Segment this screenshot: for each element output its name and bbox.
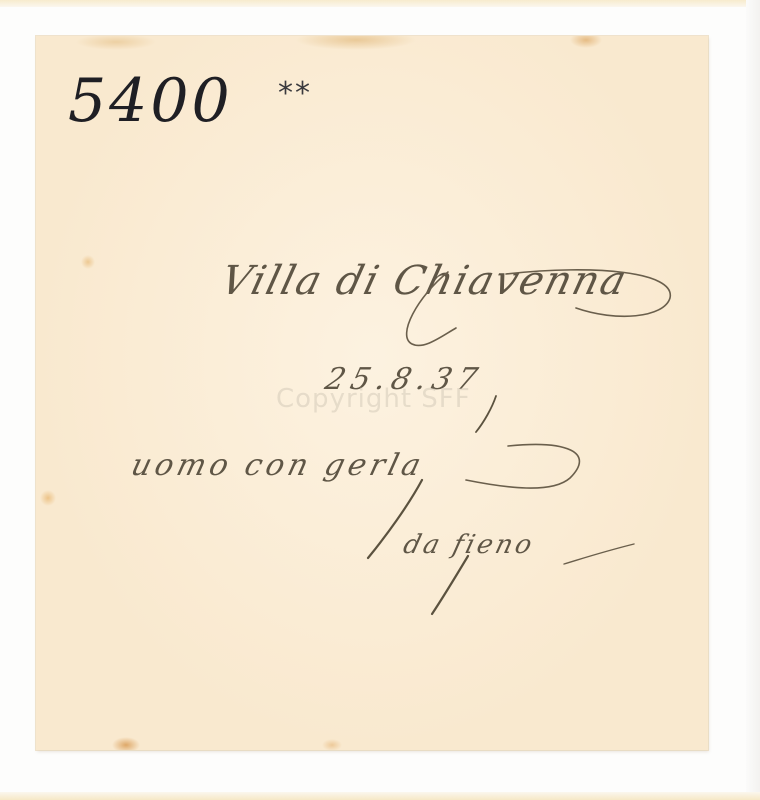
inscription-subject: uomo con gerla bbox=[128, 448, 429, 483]
inscription-place: Villa di Chiavenna bbox=[216, 258, 632, 304]
paper-card: 5400 ** Villa di Chiavenna 25.8.37 uomo … bbox=[36, 36, 708, 750]
scan-edge-top bbox=[0, 0, 760, 7]
catalog-number: 5400 bbox=[68, 66, 233, 136]
scan-edge-bottom bbox=[0, 792, 760, 800]
mount-edge-right bbox=[746, 0, 760, 800]
catalog-number-value: 5400 bbox=[68, 66, 233, 136]
catalog-marks: ** bbox=[278, 76, 312, 111]
inscription-subject-continued: da fieno bbox=[400, 530, 538, 560]
copyright-watermark: Copyright SFF bbox=[276, 384, 471, 414]
